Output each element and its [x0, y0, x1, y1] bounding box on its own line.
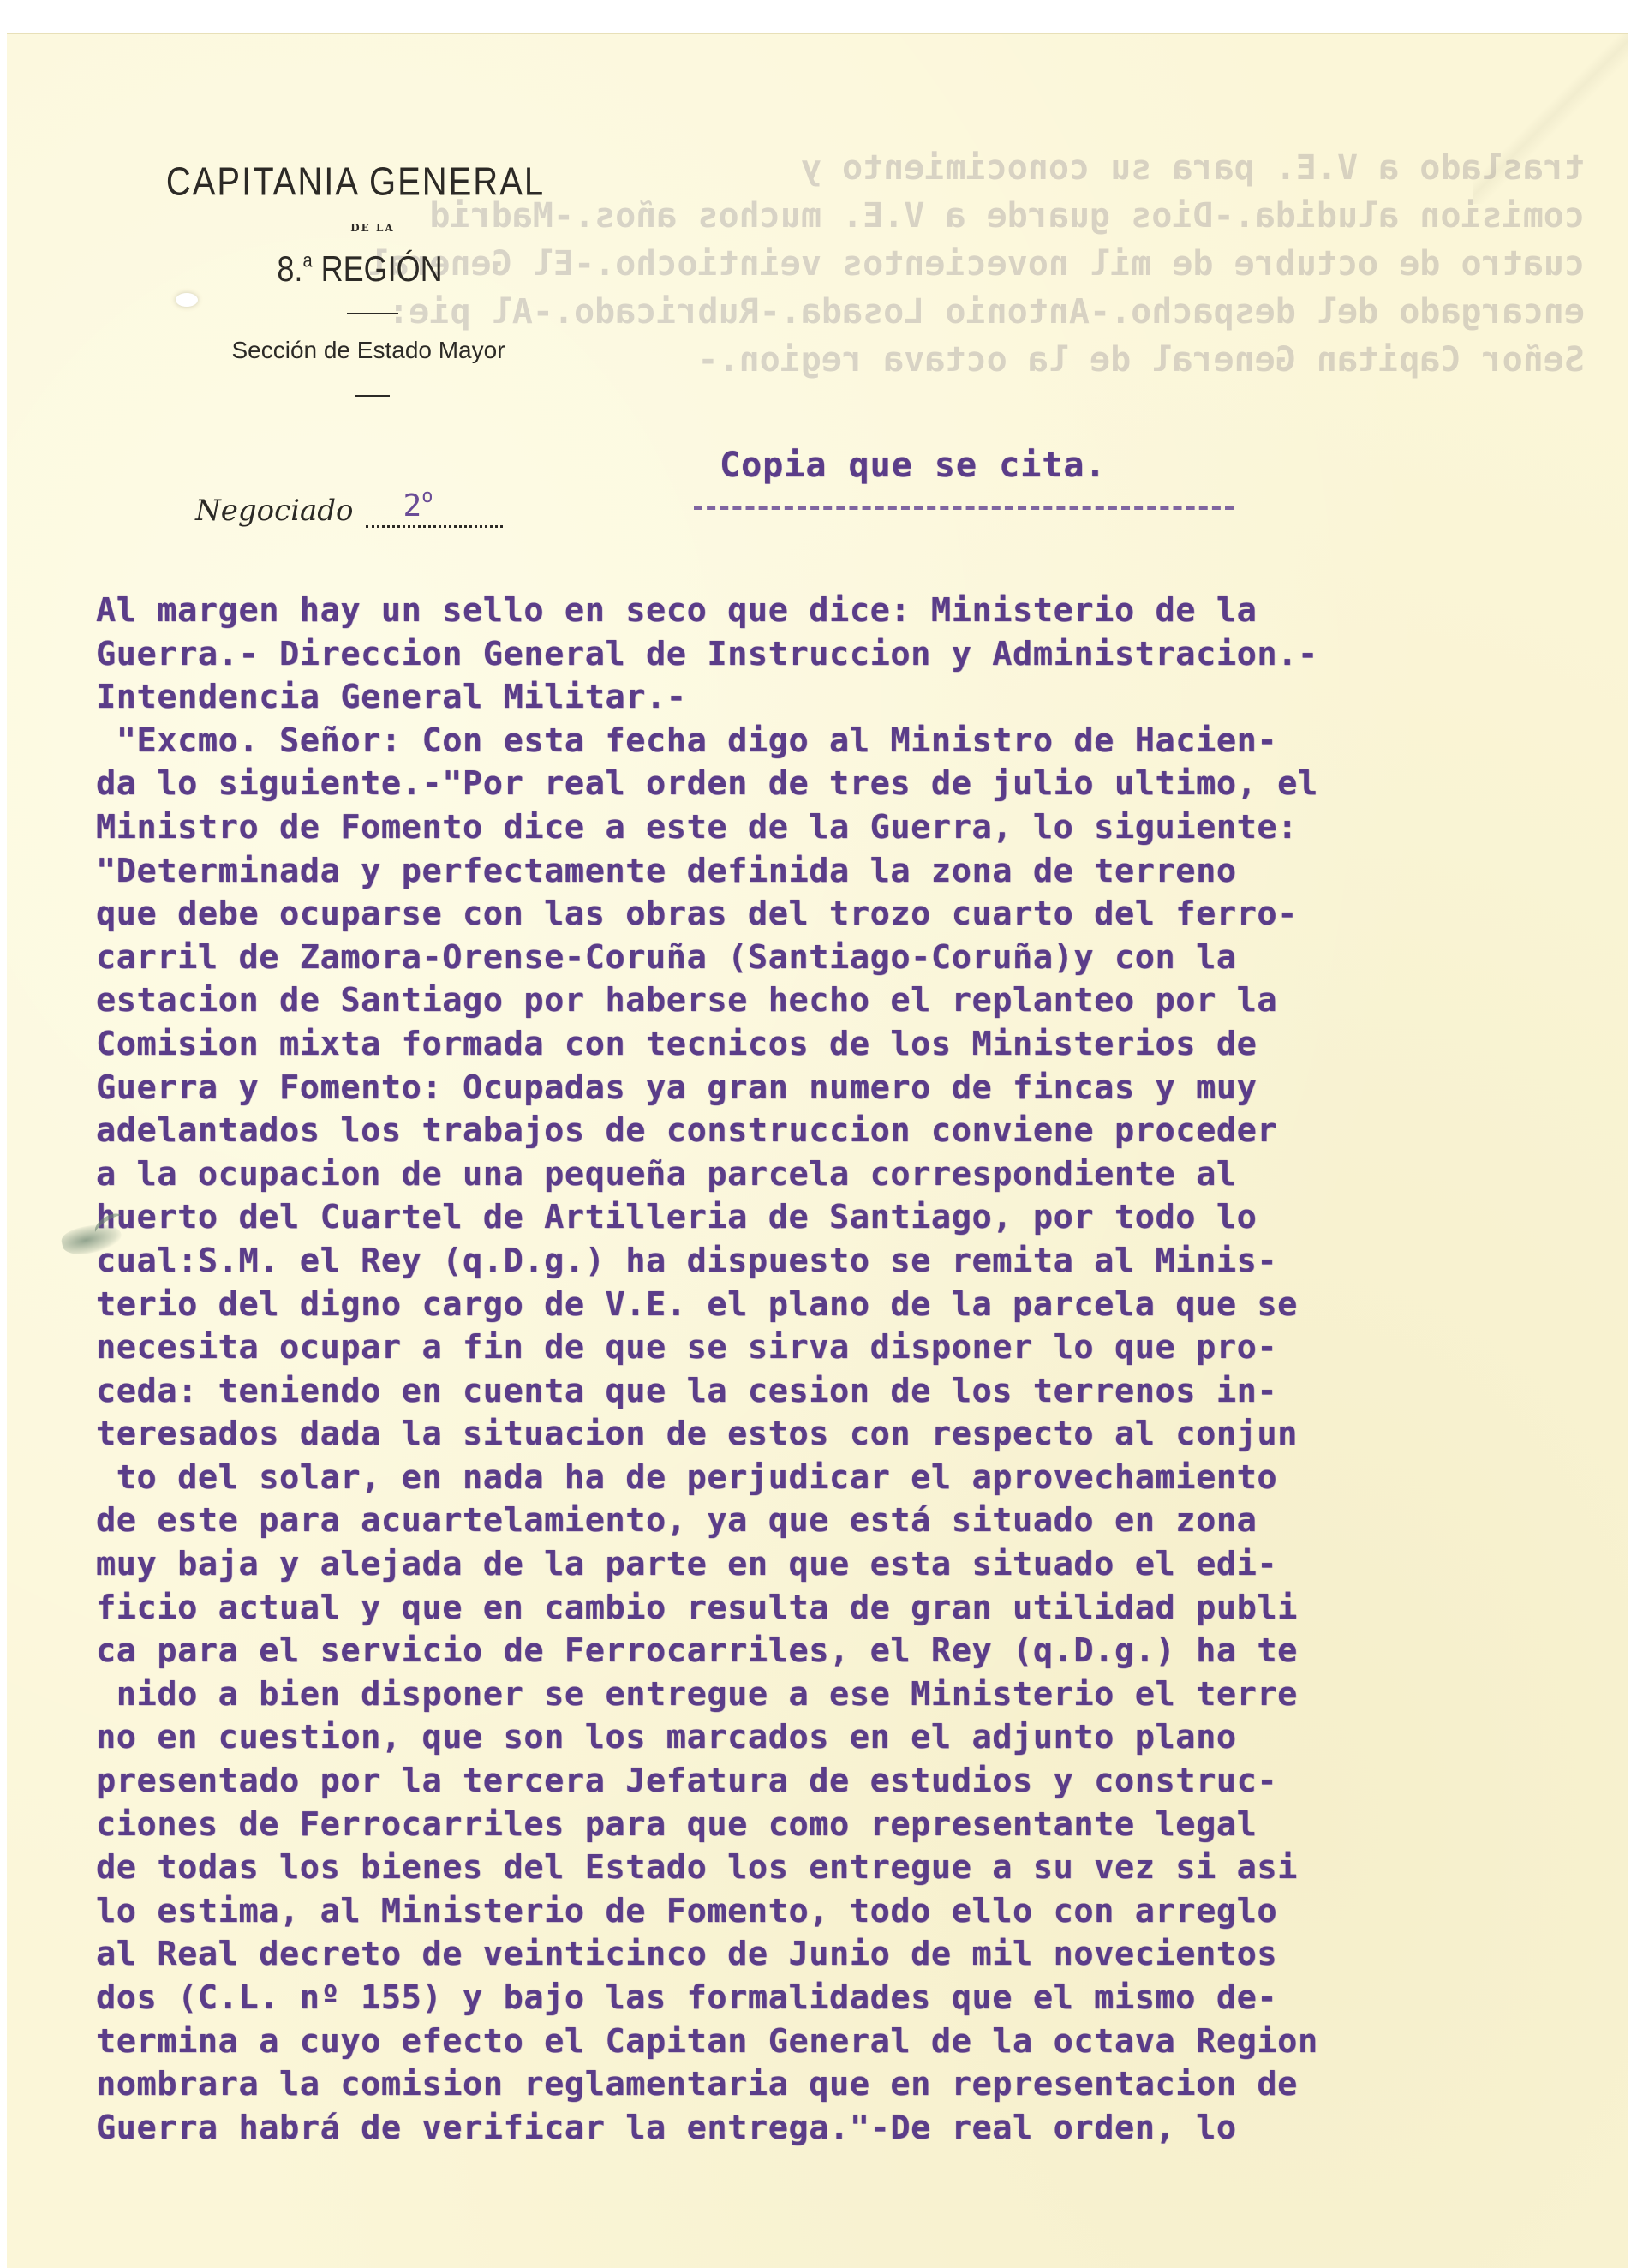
- letterhead-title: CAPITANIA GENERAL: [111, 159, 600, 206]
- letterhead-rule-small: [355, 395, 390, 397]
- body-line: da lo siguiente.-"Por real orden de tres…: [96, 763, 1629, 806]
- body-line: ceda: teniendo en cuenta que la cesion d…: [96, 1370, 1629, 1414]
- negociado-label: Negociado: [195, 494, 354, 528]
- body-line: no en cuestion, que son los marcados en …: [96, 1716, 1629, 1760]
- body-line: Intendencia General Militar.-: [96, 676, 1629, 720]
- body-line: al Real decreto de veinticinco de Junio …: [96, 1933, 1629, 1977]
- document-body: Al margen hay un sello en seco que dice:…: [96, 589, 1629, 2150]
- body-line: ficio actual y que en cambio resulta de …: [96, 1587, 1629, 1631]
- letterhead-section: Sección de Estado Mayor: [111, 337, 600, 364]
- body-line: de este para acuartelamiento, ya que est…: [96, 1499, 1629, 1543]
- body-line: que debe ocuparse con las obras del troz…: [96, 893, 1629, 937]
- body-line: carril de Zamora-Orense-Coruña (Santiago…: [96, 937, 1629, 980]
- body-line: "Excmo. Señor: Con esta fecha digo al Mi…: [96, 720, 1629, 763]
- body-line: ca para el servicio de Ferrocarriles, el…: [96, 1630, 1629, 1673]
- body-line: necesita ocupar a fin de que se sirva di…: [96, 1326, 1629, 1370]
- body-line: Comision mixta formada con tecnicos de l…: [96, 1023, 1629, 1067]
- body-line: to del solar, en nada ha de perjudicar e…: [96, 1457, 1629, 1500]
- letterhead-connector: DE LA: [111, 222, 600, 234]
- letterhead-region: 8.a REGIÓN: [111, 248, 600, 290]
- region-number: 8.: [277, 248, 302, 289]
- body-line: termina a cuyo efecto el Capitan General…: [96, 2020, 1629, 2064]
- body-line: Guerra y Fomento: Ocupadas ya gran numer…: [96, 1067, 1629, 1110]
- body-line: muy baja y alejada de la parte en que es…: [96, 1543, 1629, 1587]
- body-line: terio del digno cargo de V.E. el plano d…: [96, 1284, 1629, 1327]
- body-line: presentado por la tercera Jefatura de es…: [96, 1760, 1629, 1804]
- negociado-dotted-line: 2o: [366, 496, 503, 528]
- letterhead: CAPITANIA GENERAL DE LA 8.a REGIÓN Secci…: [111, 159, 600, 397]
- negociado-field: Negociado 2o: [195, 494, 503, 528]
- body-line: de todas los bienes del Estado los entre…: [96, 1846, 1629, 1890]
- body-line: Al margen hay un sello en seco que dice:…: [96, 589, 1629, 633]
- region-ordinal: a: [302, 250, 312, 272]
- body-line: Guerra habrá de verificar la entrega."-D…: [96, 2107, 1629, 2151]
- body-line: huerto del Cuartel de Artilleria de Sant…: [96, 1196, 1629, 1240]
- body-line: teresados dada la situacion de estos con…: [96, 1413, 1629, 1457]
- document-heading: Copia que se cita.: [720, 446, 1106, 485]
- body-line: adelantados los trabajos de construccion…: [96, 1110, 1629, 1153]
- body-line: nido a bien disponer se entregue a ese M…: [96, 1673, 1629, 1717]
- body-line: Guerra.- Direccion General de Instruccio…: [96, 633, 1629, 677]
- negociado-number: 2: [403, 488, 422, 524]
- negociado-ordinal: o: [421, 486, 433, 507]
- body-line: a la ocupacion de una pequeña parcela co…: [96, 1153, 1629, 1197]
- body-line: ciones de Ferrocarriles para que como re…: [96, 1804, 1629, 1847]
- body-line: Ministro de Fomento dice a este de la Gu…: [96, 806, 1629, 850]
- body-line: lo estima, al Ministerio de Fomento, tod…: [96, 1890, 1629, 1934]
- negociado-value: 2o: [403, 486, 433, 524]
- region-name: REGIÓN: [321, 248, 443, 289]
- heading-underline: [694, 506, 1234, 510]
- body-line: cual:S.M. el Rey (q.D.g.) ha dispuesto s…: [96, 1240, 1629, 1284]
- body-line: estacion de Santiago por haberse hecho e…: [96, 979, 1629, 1023]
- body-line: "Determinada y perfectamente definida la…: [96, 850, 1629, 894]
- body-line: nombrara la comision reglamentaria que e…: [96, 2063, 1629, 2107]
- letterhead-rule: [347, 313, 398, 314]
- body-line: dos (C.L. nº 155) y bajo las formalidade…: [96, 1977, 1629, 2020]
